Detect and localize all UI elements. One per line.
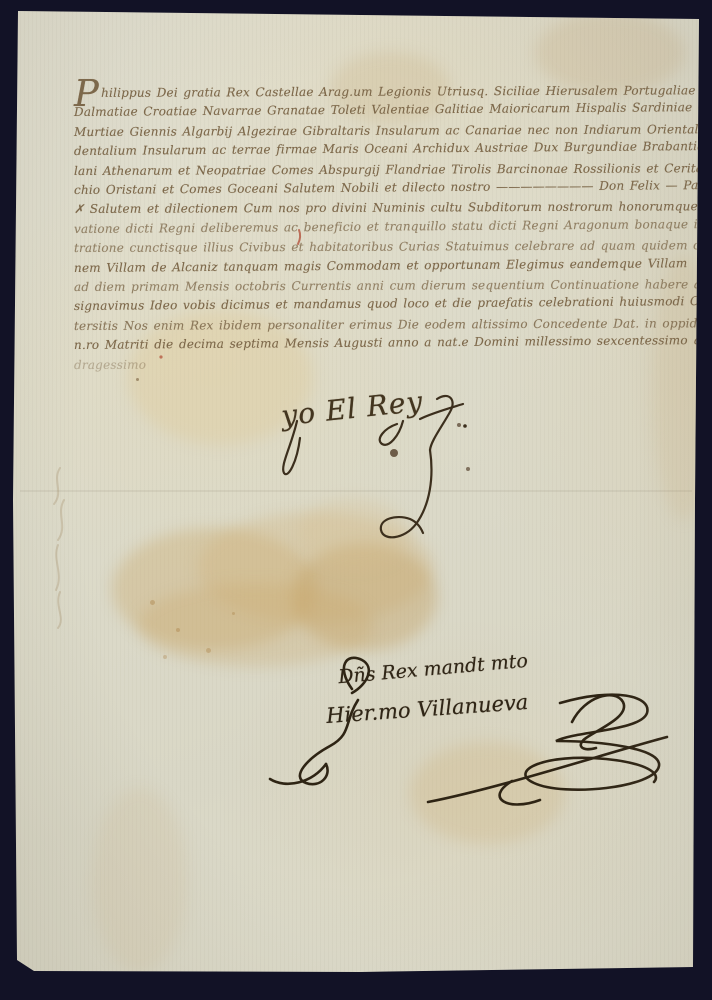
letter-line: tersitis Nos enim Rex ibidem personalite… <box>74 314 688 336</box>
ink-blot <box>136 378 139 381</box>
letter-line-text: hilippus Dei gratia Rex Castellae Arag.u… <box>101 83 712 100</box>
letter-line: Philippus Dei gratia Rex Castellae Arag.… <box>74 81 688 103</box>
letter-body: Philippus Dei gratia Rex Castellae Arag.… <box>74 84 688 375</box>
stain <box>92 788 187 973</box>
stain <box>112 528 317 650</box>
secretary-rubric-flourish <box>270 658 667 805</box>
drop-cap-initial: P <box>74 72 99 115</box>
letter-line: dragessimo <box>74 353 688 375</box>
stain <box>298 498 410 570</box>
ink-blot <box>390 449 398 457</box>
letter-line: chio Oristani et Comes Goceani Salutem N… <box>74 176 688 200</box>
secretary-attestation: Dñs Rex mandt mto <box>337 650 528 688</box>
royal-rubric-flourish <box>283 396 467 537</box>
stain <box>330 52 450 124</box>
stain-speck <box>150 600 155 605</box>
stain-speck <box>163 655 167 659</box>
stain <box>138 583 373 667</box>
letter-line: signavimus Ideo vobis dicimus et mandamu… <box>74 293 688 317</box>
secretary-signature: Hier.mo Villanueva <box>325 690 529 728</box>
paper-sheet: Philippus Dei gratia Rex Castellae Arag.… <box>0 0 712 1000</box>
letter-line: ad diem primam Mensis octobris Currentis… <box>74 275 688 297</box>
stain-speck <box>206 648 211 653</box>
red-ink-mark <box>159 230 300 359</box>
letter-line: tratione cunctisque illius Civibus et ha… <box>74 237 688 259</box>
paper-crease <box>20 490 692 492</box>
stain-speck <box>232 612 235 615</box>
letter-line: nem Villam de Alcaniz tanquam magis Comm… <box>74 254 688 278</box>
letter-line: vatione dicti Regni deliberemus ac benef… <box>74 215 688 239</box>
letter-line: Dalmatiae Croatiae Navarrae Granatae Tol… <box>74 99 688 123</box>
letter-line: dentalium Insularum ac terrae firmae Mar… <box>74 137 688 161</box>
royal-signature: yo El Rey <box>280 385 425 433</box>
letter-line: n.ro Matriti die decima septima Mensis A… <box>74 331 688 355</box>
signature-flourishes <box>0 0 712 1000</box>
letter-line: lani Athenarum et Neopatriae Comes Abspu… <box>74 159 688 181</box>
letter-line: Murtiae Giennis Algarbij Algezirae Gibra… <box>74 120 688 142</box>
letter-line: ✗ Salutem et dilectionem Cum nos pro div… <box>74 198 688 220</box>
ghost-writing <box>54 468 64 628</box>
stain <box>535 12 685 94</box>
stain <box>128 310 313 445</box>
manuscript-scan: Philippus Dei gratia Rex Castellae Arag.… <box>0 0 712 1000</box>
stain-speck <box>176 628 180 632</box>
stain <box>198 512 433 624</box>
stain <box>410 742 565 844</box>
ink-blot <box>457 423 461 427</box>
stain <box>292 543 437 651</box>
ink-blot <box>466 467 470 471</box>
stain <box>652 255 712 520</box>
